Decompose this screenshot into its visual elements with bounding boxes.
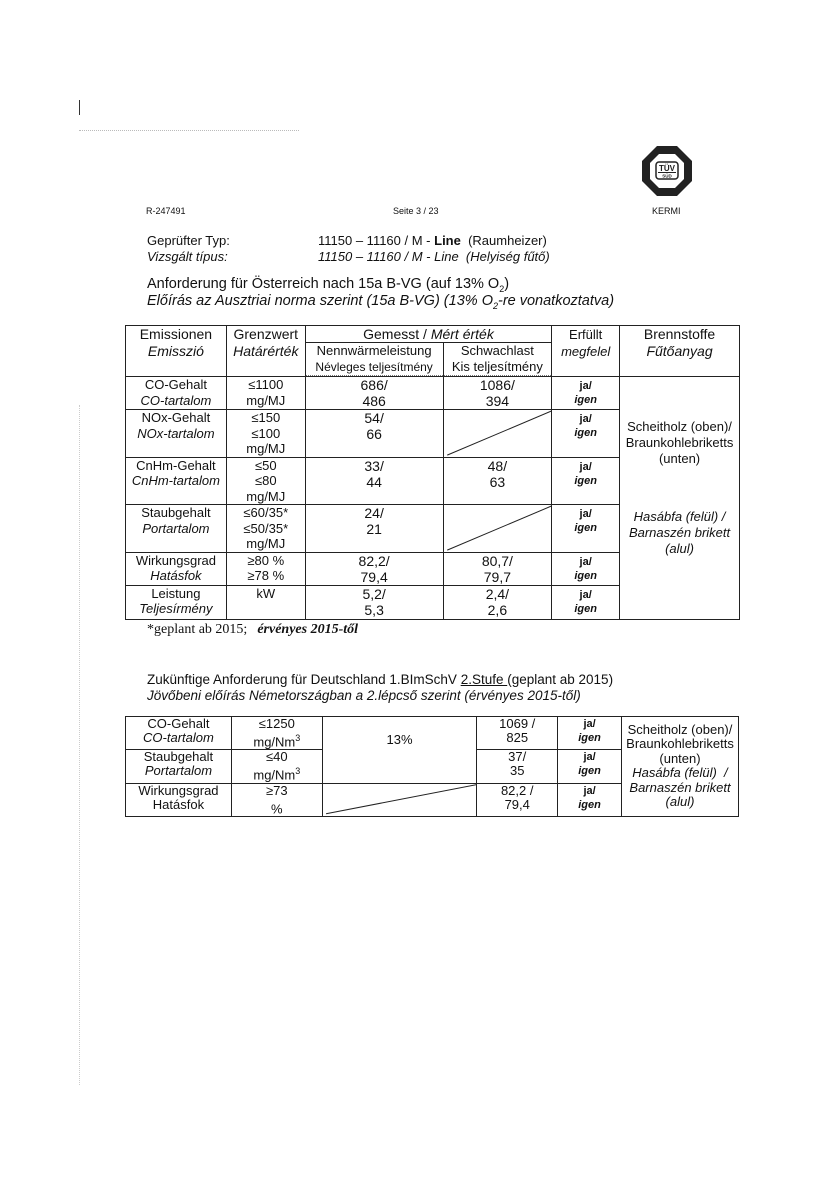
header-text-hu: Határérték (227, 343, 305, 360)
header-text-hu: Emisszió (126, 343, 226, 360)
ok-hu: igen (552, 569, 619, 583)
tested-type-value-hu: 11150 – 11160 / M - Line (Helyiség fűtő) (318, 249, 550, 264)
ok-de: ja/ (558, 750, 621, 764)
name-de: CnHm-Gehalt (126, 458, 226, 474)
emission-name: CO-GehaltCO-tartalom (126, 717, 232, 750)
fulfilled-value: ja/igen (552, 457, 620, 505)
title-text: Zukünftige Anforderung für Deutschland 1… (147, 672, 461, 687)
model-text: 11150 – 11160 / M - (318, 233, 434, 248)
unit-sup: 3 (295, 733, 300, 743)
title-text: Anforderung für Österreich nach 15a B-VG… (147, 276, 499, 292)
limit-value: ≥73% (231, 783, 322, 816)
name-hu: CO-tartalom (126, 393, 226, 409)
diagonal-strike-icon (444, 410, 552, 457)
fuel-line-de: Braunkohlebriketts (620, 435, 739, 451)
footnote-hu: érvényes 2015-től (257, 622, 358, 637)
limit-line: ≥80 % (227, 553, 305, 569)
fuel-line-hu: Hasábfa (felül) / (620, 509, 739, 525)
scan-artifact-dots (79, 130, 299, 131)
ok-de: ja/ (558, 784, 621, 798)
value-line: 66 (306, 426, 443, 442)
fuels-cell: Scheitholz (oben)/Braunkohlebriketts(unt… (621, 717, 738, 817)
header-text-hu: Mért érték (431, 326, 494, 342)
value-line: 2,4/ (444, 586, 552, 602)
emission-name: StaubgehaltPortartalom (126, 505, 227, 553)
value-line: 486 (306, 393, 443, 409)
fuel-line-de: Scheitholz (oben)/ (622, 723, 738, 738)
fuel-line-hu: Barnaszén brikett (620, 525, 739, 541)
footnote: *geplant ab 2015;érvényes 2015-től (147, 622, 358, 638)
value-line: 5,2/ (306, 586, 443, 602)
fulfilled-value: ja/igen (552, 552, 620, 585)
value-line: 79,7 (444, 569, 552, 585)
name-de: Staubgehalt (126, 505, 226, 521)
limit-line: mg/MJ (227, 393, 305, 409)
nominal-value: 686/486 (305, 377, 443, 410)
value-line: 82,2 / (477, 784, 557, 798)
header-text: Gemesst / (363, 326, 431, 342)
header-nominal: NennwärmeleistungNévleges teljesítmény (305, 343, 443, 377)
diagonal-strike-icon (323, 784, 477, 816)
limit-unit: mg/Nm3 (232, 764, 322, 782)
tested-type-value-de: 11150 – 11160 / M - Line (Raumheizer) (318, 233, 547, 248)
tested-type-label-de: Geprüfter Typ: (147, 233, 230, 248)
nominal-value: 24/21 (305, 505, 443, 553)
limit-line: ≤150 (227, 410, 305, 426)
partial-value: 2,4/2,6 (443, 585, 552, 619)
fulfilled-value: ja/igen (552, 377, 620, 410)
footnote-de: *geplant ab 2015; (147, 622, 247, 637)
value-line: 1069 / (477, 717, 557, 731)
fuels-cell: Scheitholz (oben)/Braunkohlebriketts(unt… (620, 377, 740, 620)
value-line: 48/ (444, 458, 552, 474)
fuel-line-hu: Hasábfa (felül) / (622, 766, 738, 781)
name-hu: Teljesírmény (126, 601, 226, 617)
limit-value: kW (226, 585, 305, 619)
measured-value: 1069 /825 (477, 717, 558, 750)
ok-hu: igen (552, 426, 619, 440)
limit-value: ≤50≤80mg/MJ (226, 457, 305, 505)
header-text: Grenzwert (227, 326, 305, 343)
diagonal-strike-icon (444, 505, 552, 552)
partial-value: 80,7/79,7 (443, 552, 552, 585)
fuel-line-hu: Barnaszén brikett (622, 781, 738, 796)
name-de: Wirkungsgrad (126, 553, 226, 569)
scan-artifact-margin-line (79, 405, 80, 1085)
value-line: 2,6 (444, 602, 552, 618)
value-line: 44 (306, 474, 443, 490)
fuel-line-hu: (alul) (620, 541, 739, 557)
limit-line: kW (227, 586, 305, 602)
title-text-end: -re vonatkoztatva) (498, 293, 614, 309)
value-line: 5,3 (306, 602, 443, 618)
not-applicable-cell (322, 783, 477, 816)
ok-hu: igen (552, 521, 619, 535)
title-text-end: (geplant ab 2015) (507, 672, 613, 687)
value-line: 24/ (306, 505, 443, 521)
fulfilled-value: ja/igen (558, 750, 622, 783)
partial-value: 48/63 (443, 457, 552, 505)
limit-line: ≤40 (232, 750, 322, 764)
name-hu: Portartalom (126, 521, 226, 537)
limit-line: mg/MJ (227, 441, 305, 457)
limit-line: ≤100 (227, 426, 305, 442)
svg-text:SÜD: SÜD (662, 173, 672, 179)
name-hu: CO-tartalom (126, 731, 231, 745)
name-hu: Portartalom (126, 764, 231, 778)
table-row: CO-GehaltCO-tartalom≤1100mg/MJ686/486108… (126, 377, 740, 410)
nominal-value: 5,2/5,3 (305, 585, 443, 619)
tested-type-label-hu: Vizsgált típus: (147, 249, 228, 264)
nominal-value: 54/66 (305, 410, 443, 458)
value-line: 825 (477, 731, 557, 745)
header-text: Brennstoffe (620, 326, 739, 343)
limit-line: ≤50/35* (227, 521, 305, 537)
fulfilled-value: ja/igen (558, 717, 622, 750)
fuel-line-de: (unten) (620, 451, 739, 467)
name-hu: Hatásfok (126, 568, 226, 584)
measured-value: 37/35 (477, 750, 558, 783)
name-de: NOx-Gehalt (126, 410, 226, 426)
limit-line: ≤80 (227, 473, 305, 489)
austria-requirement-title-de: Anforderung für Österreich nach 15a B-VG… (147, 276, 509, 294)
ok-de: ja/ (552, 412, 619, 426)
austria-emissions-table: EmissionenEmisszió GrenzwertHatárérték G… (125, 325, 740, 620)
emission-name: NOx-GehaltNOx-tartalom (126, 410, 227, 458)
page-number: Seite 3 / 23 (393, 206, 439, 216)
emission-name: WirkungsgradHatásfok (126, 552, 227, 585)
svg-text:TÜV: TÜV (659, 164, 676, 173)
fuel-line-de: Braunkohlebriketts (622, 737, 738, 752)
limit-line: ≤50 (227, 458, 305, 474)
ok-de: ja/ (552, 379, 619, 393)
tuv-logo-icon: TÜV SÜD (641, 145, 693, 197)
value-line: 80,7/ (444, 553, 552, 569)
not-applicable-cell (443, 505, 552, 553)
limit-value: ≤1100mg/MJ (226, 377, 305, 410)
ok-de: ja/ (558, 717, 621, 731)
value-line: 54/ (306, 410, 443, 426)
header-fulfilled: Erfülltmegfelel (552, 326, 620, 377)
limit-value: ≤60/35*≤50/35*mg/MJ (226, 505, 305, 553)
limit-line: mg/MJ (227, 536, 305, 552)
header-text-hu: Névleges teljesítmény (306, 359, 443, 376)
header-text-hu: Kis teljesítmény (444, 359, 552, 376)
limit-line: mg/MJ (227, 489, 305, 505)
not-applicable-cell (443, 410, 552, 458)
ok-de: ja/ (552, 555, 619, 569)
austria-requirement-title-hu: Előírás az Ausztriai norma szerint (15a … (147, 293, 614, 311)
header-text: Schwachlast (444, 343, 552, 359)
o2-reference: 13% (387, 732, 413, 747)
ok-de: ja/ (552, 588, 619, 602)
ok-hu: igen (558, 798, 621, 812)
header-measured: Gemesst / Mért érték (305, 326, 552, 343)
value-line: 37/ (477, 750, 557, 764)
value-line: 35 (477, 764, 557, 778)
limit-unit: % (232, 798, 322, 816)
value-line: 21 (306, 521, 443, 537)
desc-text: (Raumheizer) (461, 233, 547, 248)
ok-hu: igen (552, 474, 619, 488)
limit-value: ≤1250mg/Nm3 (231, 717, 322, 750)
header-text: Emissionen (126, 326, 226, 343)
ok-hu: igen (558, 764, 621, 778)
unit: mg/Nm (253, 734, 295, 749)
limit-line: ≥73 (232, 784, 322, 798)
nominal-value: 82,2/79,4 (305, 552, 443, 585)
fulfilled-value: ja/igen (552, 505, 620, 553)
value-line: 82,2/ (306, 553, 443, 569)
title-text-end: ) (504, 276, 509, 292)
fulfilled-value: ja/igen (552, 410, 620, 458)
nominal-value: 33/44 (305, 457, 443, 505)
header-fuels: BrennstoffeFűtőanyag (620, 326, 740, 377)
report-number: R-247491 (146, 206, 186, 216)
emission-name: CnHm-GehaltCnHm-tartalom (126, 457, 227, 505)
unit-sup: 3 (295, 766, 300, 776)
ok-hu: igen (552, 602, 619, 616)
title-text: Előírás az Ausztriai norma szerint (15a … (147, 293, 493, 309)
title-underlined: 2.Stufe (461, 672, 508, 687)
germany-requirement-title-hu: Jövőbeni előírás Németországban a 2.lépc… (147, 688, 581, 703)
value-line: 33/ (306, 458, 443, 474)
name-hu: CnHm-tartalom (126, 473, 226, 489)
header-text-hu: megfelel (552, 343, 619, 360)
value-line: 79,4 (306, 569, 443, 585)
limit-line: ≤60/35* (227, 505, 305, 521)
unit: mg/Nm (253, 768, 295, 783)
emission-name: LeistungTeljesírmény (126, 585, 227, 619)
fuel-line-de: (unten) (622, 752, 738, 767)
name-hu: NOx-tartalom (126, 426, 226, 442)
limit-value: ≤150≤100mg/MJ (226, 410, 305, 458)
emission-name: StaubgehaltPortartalom (126, 750, 232, 783)
limit-value: ≥80 %≥78 % (226, 552, 305, 585)
fulfilled-value: ja/igen (552, 585, 620, 619)
name-de: Wirkungsgrad (126, 784, 231, 798)
line-text: Line (434, 233, 461, 248)
header-text-hu: Fűtőanyag (620, 343, 739, 360)
scan-artifact-mark (79, 100, 80, 115)
fulfilled-value: ja/igen (558, 783, 622, 816)
header-partial: SchwachlastKis teljesítmény (443, 343, 552, 377)
fuel-line-de: Scheitholz (oben)/ (620, 419, 739, 435)
emission-name: CO-GehaltCO-tartalom (126, 377, 227, 410)
name-de: Leistung (126, 586, 226, 602)
header-text: Erfüllt (552, 326, 619, 343)
value-line: 63 (444, 474, 552, 490)
fuel-line-hu: (alul) (622, 795, 738, 810)
name-de: CO-Gehalt (126, 377, 226, 393)
value-line: 79,4 (477, 798, 557, 812)
value-line: 686/ (306, 377, 443, 393)
name-de: Staubgehalt (126, 750, 231, 764)
ok-de: ja/ (552, 460, 619, 474)
limit-value: ≤40mg/Nm3 (231, 750, 322, 783)
limit-line: ≥78 % (227, 568, 305, 584)
germany-emissions-table: CO-GehaltCO-tartalom≤1250mg/Nm313%1069 /… (125, 716, 739, 817)
limit-unit: mg/Nm3 (232, 731, 322, 749)
germany-requirement-title-de: Zukünftige Anforderung für Deutschland 1… (147, 672, 613, 687)
value-line: 394 (444, 393, 552, 409)
emission-name: WirkungsgradHatásfok (126, 783, 232, 816)
name-de: CO-Gehalt (126, 717, 231, 731)
ok-hu: igen (552, 393, 619, 407)
header-limit: GrenzwertHatárérték (226, 326, 305, 377)
unit: % (271, 801, 283, 816)
header-text: Nennwärmeleistung (306, 343, 443, 359)
o2-reference-cell: 13% (322, 717, 477, 784)
ok-de: ja/ (552, 507, 619, 521)
header-emission: EmissionenEmisszió (126, 326, 227, 377)
limit-line: ≤1100 (227, 377, 305, 393)
table-row: CO-GehaltCO-tartalom≤1250mg/Nm313%1069 /… (126, 717, 739, 750)
value-line: 1086/ (444, 377, 552, 393)
name-hu: Hatásfok (126, 798, 231, 812)
measured-value: 82,2 /79,4 (477, 783, 558, 816)
company-name: KERMI (652, 206, 681, 216)
partial-value: 1086/394 (443, 377, 552, 410)
ok-hu: igen (558, 731, 621, 745)
limit-line: ≤1250 (232, 717, 322, 731)
